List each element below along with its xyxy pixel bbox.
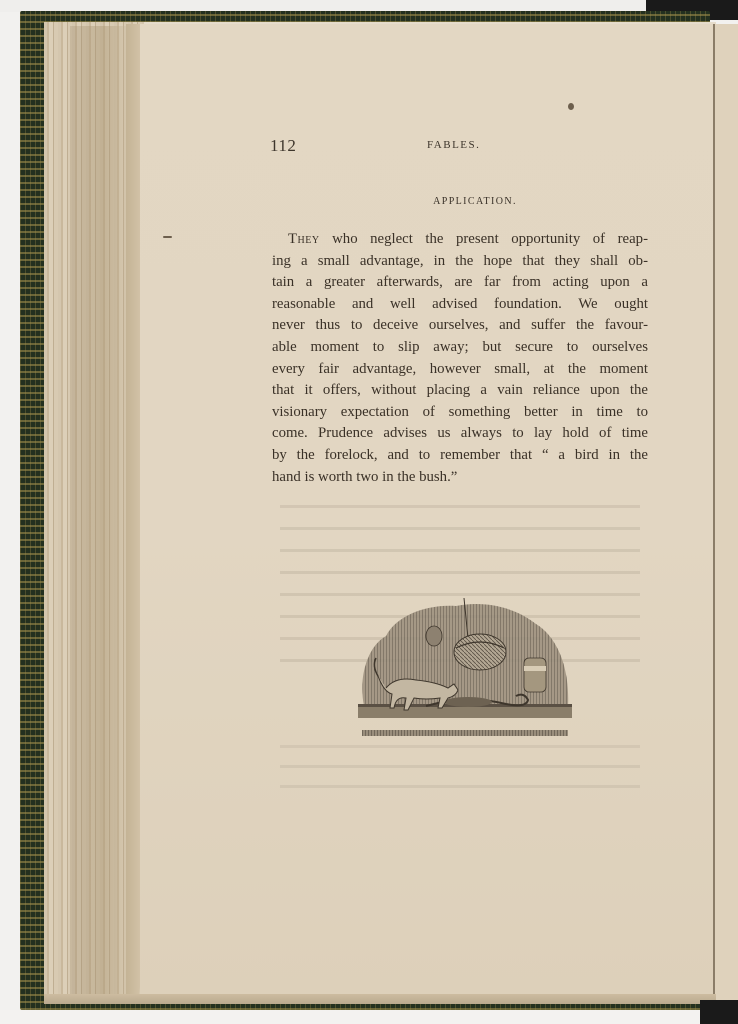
show-through-text-lower (280, 745, 640, 805)
text-line: come. Prudence advises us always to lay … (272, 423, 648, 445)
running-head: 112 FABLES. (270, 136, 650, 156)
body-paragraph: They who neglect the present opportunity… (272, 229, 648, 488)
text-line: visionary expectation of something bette… (272, 402, 648, 424)
foxing-spot (568, 103, 574, 110)
text-line: by the forelock, and to remember that “ … (272, 445, 648, 467)
facing-page-strip (715, 24, 738, 1004)
text-line: ing a small advantage, in the hope that … (272, 251, 648, 273)
page-number: 112 (270, 136, 296, 156)
bottom-page-edge (44, 994, 716, 1004)
ink-mark (163, 236, 172, 238)
drop-word: They (288, 231, 320, 247)
text-line: every fair advantage, however small, at … (272, 359, 648, 381)
text-line: tain a greater afterwards, are far from … (272, 272, 648, 294)
text-line: hand is worth two in the bush.” (272, 467, 648, 489)
running-title: FABLES. (427, 139, 480, 151)
text-line: reasonable and well advised foundation. … (272, 294, 648, 316)
engraving-illustration-icon (356, 596, 574, 740)
text-line: never thus to deceive ourselves, and suf… (272, 315, 648, 337)
background-dark-corner-bottom (700, 1000, 738, 1024)
text-line: that it offers, without placing a vain r… (272, 380, 648, 402)
section-title: APPLICATION. (270, 196, 650, 207)
page-stack-shading (70, 26, 130, 1002)
text-line: able moment to slip away; but secure to … (272, 337, 648, 359)
background-bottom (0, 1010, 700, 1024)
text-line: They who neglect the present opportunity… (272, 229, 648, 251)
